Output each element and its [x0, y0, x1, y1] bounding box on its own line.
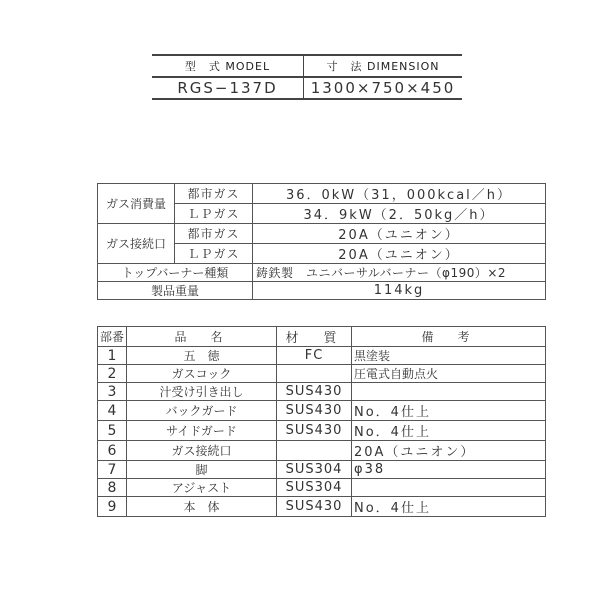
table-row: 6 ガス接続口 20A（ユニオン） — [98, 441, 546, 461]
model-dimension-table: 型 式 MODEL 寸 法 DIMENSION RGS−137D 1300×75… — [152, 54, 462, 100]
table-row: 3 汁受け引き出し SUS430 — [98, 383, 546, 401]
table-row: 4 バックガード SUS430 No．4仕上 — [98, 401, 546, 421]
dimension-header: 寸 法 DIMENSION — [304, 55, 463, 77]
model-table-header-row: 型 式 MODEL 寸 法 DIMENSION — [152, 55, 462, 77]
model-table-value-row: RGS−137D 1300×750×450 — [152, 77, 462, 99]
header-no: 部番 — [98, 327, 127, 347]
part-material: SUS430 — [277, 383, 352, 401]
part-remarks — [352, 383, 546, 401]
part-material: SUS304 — [277, 479, 352, 497]
part-material: SUS430 — [277, 421, 352, 441]
weight-value: 114kg — [253, 282, 546, 300]
gas-connection-city-value: 20A（ユニオン） — [253, 224, 546, 244]
header-remarks: 備 考 — [352, 327, 546, 347]
part-no: 1 — [98, 347, 127, 365]
part-remarks: No．4仕上 — [352, 497, 546, 517]
gas-consumption-city-value: 36．0kW（31，000kcal／h） — [253, 184, 546, 204]
part-remarks — [352, 479, 546, 497]
gas-consumption-lp-value: 34．9kW（2．50kg／h） — [253, 204, 546, 224]
part-no: 8 — [98, 479, 127, 497]
part-no: 4 — [98, 401, 127, 421]
table-row: 7 脚 SUS304 φ38 — [98, 461, 546, 479]
table-row: 8 アジャスト SUS304 — [98, 479, 546, 497]
gas-connection-lp-value: 20A（ユニオン） — [253, 244, 546, 264]
part-material: SUS430 — [277, 497, 352, 517]
part-remarks: No．4仕上 — [352, 401, 546, 421]
part-material: SUS430 — [277, 401, 352, 421]
parts-table: 部番 品 名 材 質 備 考 1 五 徳 FC 黒塗装 2 ガスコック 圧電式自… — [97, 326, 546, 517]
spec-table: ガス消費量 都市ガス 36．0kW（31，000kcal／h） ＬＰガス 34．… — [97, 183, 546, 300]
part-remarks: 圧電式自動点火 — [352, 365, 546, 383]
top-burner-value: 鋳鉄製 ユニバーサルバーナー（φ190）×2 — [253, 264, 546, 282]
part-remarks: φ38 — [352, 461, 546, 479]
spec-row: 製品重量 114kg — [98, 282, 546, 300]
part-material — [277, 365, 352, 383]
part-remarks: No．4仕上 — [352, 421, 546, 441]
part-name: ガスコック — [127, 365, 277, 383]
part-no: 9 — [98, 497, 127, 517]
spec-row: ガス消費量 都市ガス 36．0kW（31，000kcal／h） — [98, 184, 546, 204]
table-row: 1 五 徳 FC 黒塗装 — [98, 347, 546, 365]
table-row: 2 ガスコック 圧電式自動点火 — [98, 365, 546, 383]
city-gas-label: 都市ガス — [175, 184, 253, 204]
table-row: 5 サイドガード SUS430 No．4仕上 — [98, 421, 546, 441]
part-name: 汁受け引き出し — [127, 383, 277, 401]
part-name: サイドガード — [127, 421, 277, 441]
part-material — [277, 441, 352, 461]
part-remarks: 黒塗装 — [352, 347, 546, 365]
model-value: RGS−137D — [152, 77, 304, 99]
part-name: 脚 — [127, 461, 277, 479]
part-remarks: 20A（ユニオン） — [352, 441, 546, 461]
part-material: FC — [277, 347, 352, 365]
top-burner-label: トップバーナー種類 — [98, 264, 253, 282]
part-no: 3 — [98, 383, 127, 401]
spec-row: ガス接続口 都市ガス 20A（ユニオン） — [98, 224, 546, 244]
part-no: 5 — [98, 421, 127, 441]
weight-label: 製品重量 — [98, 282, 253, 300]
header-name: 品 名 — [127, 327, 277, 347]
gas-connection-label: ガス接続口 — [98, 224, 175, 264]
part-no: 2 — [98, 365, 127, 383]
spec-row: トップバーナー種類 鋳鉄製 ユニバーサルバーナー（φ190）×2 — [98, 264, 546, 282]
part-no: 7 — [98, 461, 127, 479]
part-no: 6 — [98, 441, 127, 461]
part-name: 本 体 — [127, 497, 277, 517]
header-material: 材 質 — [277, 327, 352, 347]
city-gas-label: 都市ガス — [175, 224, 253, 244]
parts-header-row: 部番 品 名 材 質 備 考 — [98, 327, 546, 347]
gas-consumption-label: ガス消費量 — [98, 184, 175, 224]
part-name: アジャスト — [127, 479, 277, 497]
part-name: ガス接続口 — [127, 441, 277, 461]
lp-gas-label: ＬＰガス — [175, 204, 253, 224]
part-material: SUS304 — [277, 461, 352, 479]
part-name: 五 徳 — [127, 347, 277, 365]
table-row: 9 本 体 SUS430 No．4仕上 — [98, 497, 546, 517]
lp-gas-label: ＬＰガス — [175, 244, 253, 264]
part-name: バックガード — [127, 401, 277, 421]
model-header: 型 式 MODEL — [152, 55, 304, 77]
dimension-value: 1300×750×450 — [304, 77, 463, 99]
